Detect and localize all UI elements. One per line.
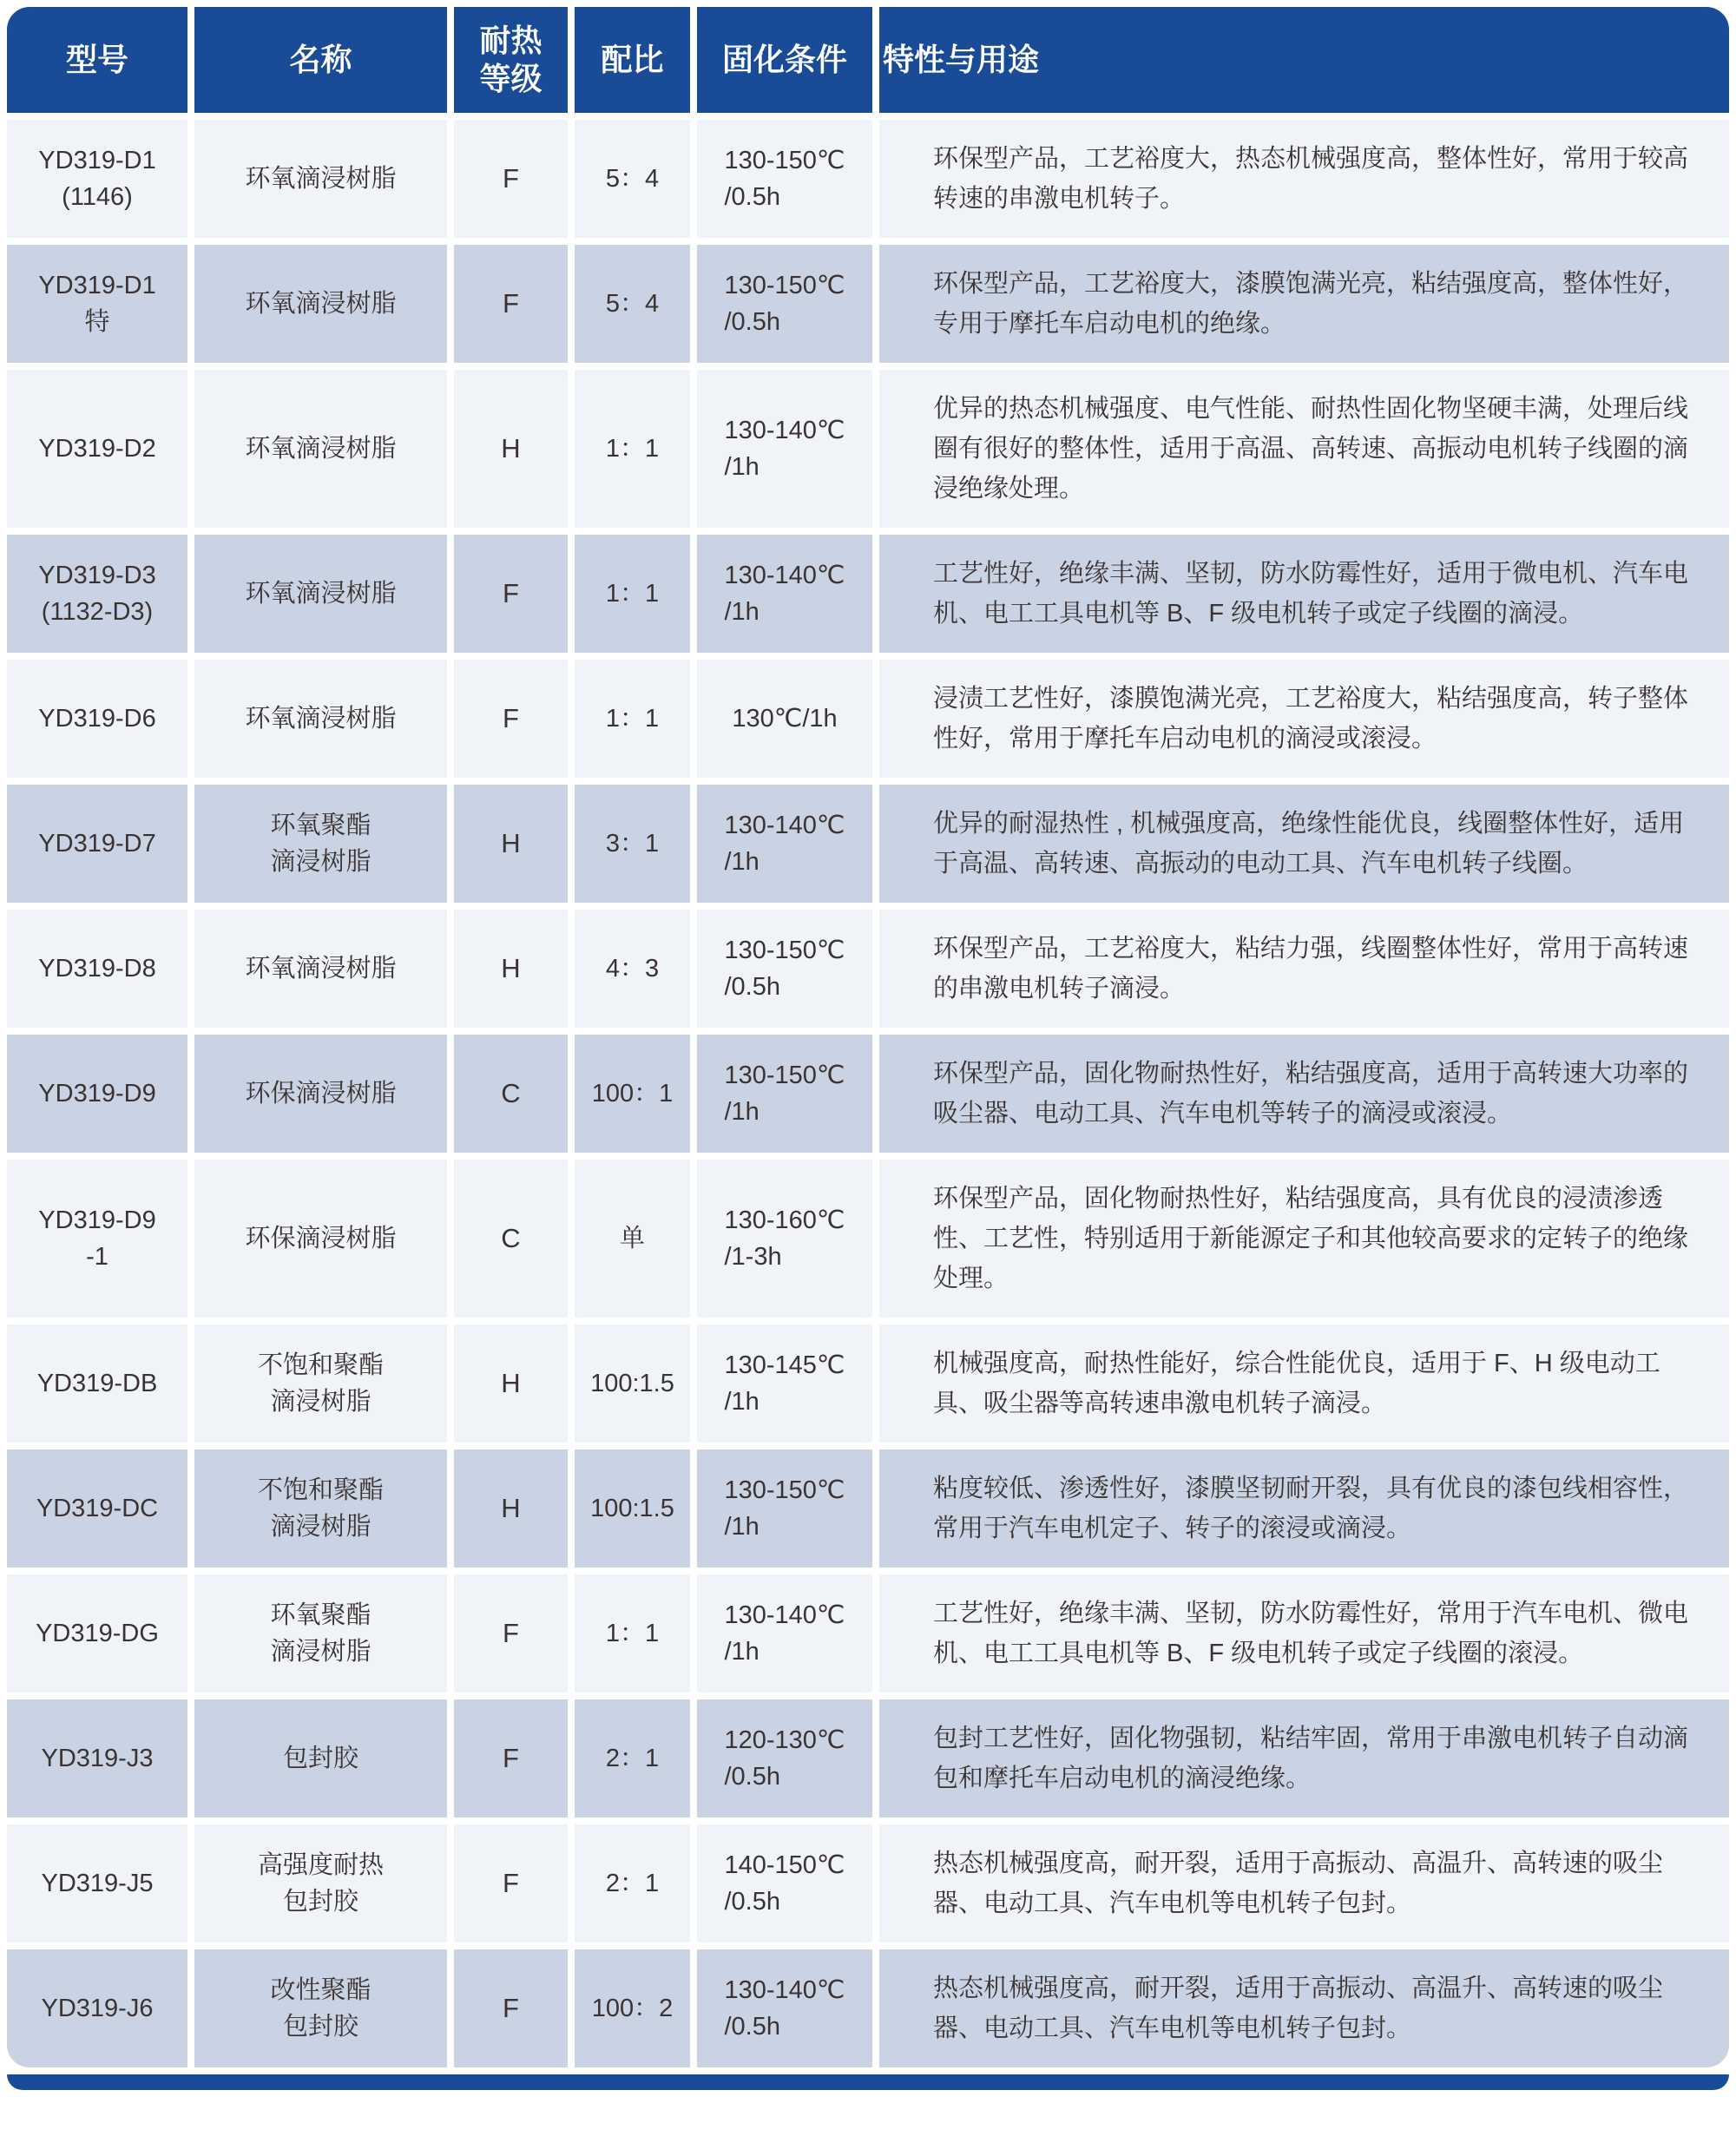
cell-name: 改性聚酯 包封胶 xyxy=(194,1949,447,2067)
table-row: YD319-J5高强度耐热 包封胶F2：1140-150℃ /0.5h热态机械强… xyxy=(7,1824,1729,1942)
cell-ratio: 单 xyxy=(575,1160,690,1318)
table-body: YD319-D1 (1146)环氧滴浸树脂F5：4130-150℃ /0.5h环… xyxy=(7,120,1729,2067)
cell-grade: F xyxy=(454,1574,568,1693)
cure-text: 130℃/1h xyxy=(732,700,837,737)
cell-model: YD319-J3 xyxy=(7,1699,187,1817)
cell-name: 环氧滴浸树脂 xyxy=(194,245,447,363)
cell-model: YD319-D3 (1132-D3) xyxy=(7,535,187,653)
cell-ratio: 1：1 xyxy=(575,1574,690,1693)
cell-grade: F xyxy=(454,1949,568,2067)
table-row: YD319-J3包封胶F2：1120-130℃ /0.5h包封工艺性好，固化物强… xyxy=(7,1699,1729,1817)
cell-name: 环氧滴浸树脂 xyxy=(194,660,447,778)
cure-text: 130-140℃ /1h xyxy=(725,412,845,485)
table-row: YD319-J6改性聚酯 包封胶F100：2130-140℃ /0.5h热态机械… xyxy=(7,1949,1729,2067)
cell-grade: F xyxy=(454,1699,568,1817)
cell-model: YD319-D1 特 xyxy=(7,245,187,363)
cell-model: YD319-DG xyxy=(7,1574,187,1693)
cell-desc: 环保型产品，工艺裕度大，漆膜饱满光亮，粘结强度高，整体性好，专用于摩托车启动电机… xyxy=(879,245,1729,363)
cell-model: YD319-D2 xyxy=(7,370,187,528)
col-header-ratio: 配比 xyxy=(575,7,690,113)
cell-model: YD319-D7 xyxy=(7,785,187,903)
table-header-row: 型号名称耐热 等级配比固化条件特性与用途 xyxy=(7,7,1729,113)
cell-cure: 130-150℃ /0.5h xyxy=(697,245,872,363)
cell-desc: 优异的热态机械强度、电气性能、耐热性固化物坚硬丰满，处理后线圈有很好的整体性，适… xyxy=(879,370,1729,528)
cell-model: YD319-DC xyxy=(7,1449,187,1568)
cell-name: 环氧滴浸树脂 xyxy=(194,535,447,653)
cure-text: 130-140℃ /0.5h xyxy=(725,1972,845,2045)
cell-grade: F xyxy=(454,1824,568,1942)
cell-desc: 工艺性好，绝缘丰满、坚韧，防水防霉性好，适用于微电机、汽车电机、电工工具电机等 … xyxy=(879,535,1729,653)
cure-text: 130-150℃ /1h xyxy=(725,1472,845,1545)
table-row: YD319-D7环氧聚酯 滴浸树脂H3：1130-140℃ /1h优异的耐湿热性… xyxy=(7,785,1729,903)
cell-desc: 热态机械强度高，耐开裂，适用于高振动、高温升、高转速的吸尘器、电动工具、汽车电机… xyxy=(879,1824,1729,1942)
cell-desc: 包封工艺性好，固化物强韧，粘结牢固，常用于串激电机转子自动滴包和摩托车启动电机的… xyxy=(879,1699,1729,1817)
cure-text: 130-140℃ /1h xyxy=(725,1597,845,1670)
cell-name: 包封胶 xyxy=(194,1699,447,1817)
cell-ratio: 4：3 xyxy=(575,910,690,1028)
product-spec-table: 型号名称耐热 等级配比固化条件特性与用途 YD319-D1 (1146)环氧滴浸… xyxy=(0,0,1736,2090)
cell-grade: H xyxy=(454,370,568,528)
cell-ratio: 100:1.5 xyxy=(575,1324,690,1443)
col-header-name: 名称 xyxy=(194,7,447,113)
cell-grade: F xyxy=(454,660,568,778)
cell-model: YD319-D9 -1 xyxy=(7,1160,187,1318)
cell-cure: 130-160℃ /1-3h xyxy=(697,1160,872,1318)
cell-ratio: 3：1 xyxy=(575,785,690,903)
cell-grade: F xyxy=(454,245,568,363)
cell-ratio: 1：1 xyxy=(575,660,690,778)
table-row: YD319-D2环氧滴浸树脂H1：1130-140℃ /1h优异的热态机械强度、… xyxy=(7,370,1729,528)
cure-text: 130-140℃ /1h xyxy=(725,557,845,630)
cell-cure: 130-150℃ /1h xyxy=(697,1035,872,1153)
cell-desc: 环保型产品，工艺裕度大，热态机械强度高，整体性好，常用于较高转速的串激电机转子。 xyxy=(879,120,1729,238)
cell-grade: H xyxy=(454,1449,568,1568)
table-row: YD319-D8环氧滴浸树脂H4：3130-150℃ /0.5h环保型产品，工艺… xyxy=(7,910,1729,1028)
cell-model: YD319-D8 xyxy=(7,910,187,1028)
cell-ratio: 2：1 xyxy=(575,1699,690,1817)
cell-ratio: 2：1 xyxy=(575,1824,690,1942)
cure-text: 120-130℃ /0.5h xyxy=(725,1722,845,1795)
col-header-grade: 耐热 等级 xyxy=(454,7,568,113)
cell-ratio: 100：1 xyxy=(575,1035,690,1153)
cell-name: 环氧滴浸树脂 xyxy=(194,120,447,238)
cell-model: YD319-DB xyxy=(7,1324,187,1443)
cell-ratio: 100:1.5 xyxy=(575,1449,690,1568)
table-row: YD319-DB不饱和聚酯 滴浸树脂H100:1.5130-145℃ /1h机械… xyxy=(7,1324,1729,1443)
table-bottom-accent-bar xyxy=(7,2074,1729,2090)
cell-desc: 环保型产品，固化物耐热性好，粘结强度高，适用于高转速大功率的吸尘器、电动工具、汽… xyxy=(879,1035,1729,1153)
table-row: YD319-DG环氧聚酯 滴浸树脂F1：1130-140℃ /1h工艺性好，绝缘… xyxy=(7,1574,1729,1693)
cell-cure: 130-150℃ /0.5h xyxy=(697,910,872,1028)
cure-text: 130-150℃ /0.5h xyxy=(725,932,845,1005)
cell-grade: H xyxy=(454,1324,568,1443)
cell-desc: 环保型产品，固化物耐热性好，粘结强度高，具有优良的浸渍渗透性、工艺性，特别适用于… xyxy=(879,1160,1729,1318)
cell-name: 高强度耐热 包封胶 xyxy=(194,1824,447,1942)
cell-cure: 130-150℃ /1h xyxy=(697,1449,872,1568)
cell-desc: 浸渍工艺性好，漆膜饱满光亮，工艺裕度大，粘结强度高，转子整体性好，常用于摩托车启… xyxy=(879,660,1729,778)
cure-text: 130-150℃ /1h xyxy=(725,1057,845,1130)
col-header-cure: 固化条件 xyxy=(697,7,872,113)
cell-cure: 130-140℃ /1h xyxy=(697,370,872,528)
cell-ratio: 100：2 xyxy=(575,1949,690,2067)
cure-text: 130-140℃ /1h xyxy=(725,807,845,880)
cell-grade: F xyxy=(454,535,568,653)
cell-cure: 130-140℃ /0.5h xyxy=(697,1949,872,2067)
cell-model: YD319-D6 xyxy=(7,660,187,778)
cell-desc: 机械强度高，耐热性能好，综合性能优良，适用于 F、H 级电动工具、吸尘器等高转速… xyxy=(879,1324,1729,1443)
cell-desc: 优异的耐湿热性 , 机械强度高，绝缘性能优良，线圈整体性好，适用于高温、高转速、… xyxy=(879,785,1729,903)
cell-cure: 130-140℃ /1h xyxy=(697,1574,872,1693)
cell-cure: 130-140℃ /1h xyxy=(697,785,872,903)
cell-ratio: 5：4 xyxy=(575,245,690,363)
cell-ratio: 1：1 xyxy=(575,370,690,528)
cell-cure: 130℃/1h xyxy=(697,660,872,778)
cell-cure: 120-130℃ /0.5h xyxy=(697,1699,872,1817)
cell-name: 环保滴浸树脂 xyxy=(194,1160,447,1318)
cure-text: 130-145℃ /1h xyxy=(725,1347,845,1420)
cell-desc: 粘度较低、渗透性好，漆膜坚韧耐开裂，具有优良的漆包线相容性，常用于汽车电机定子、… xyxy=(879,1449,1729,1568)
cell-grade: H xyxy=(454,910,568,1028)
cell-ratio: 5：4 xyxy=(575,120,690,238)
cell-model: YD319-J6 xyxy=(7,1949,187,2067)
table-row: YD319-D1 (1146)环氧滴浸树脂F5：4130-150℃ /0.5h环… xyxy=(7,120,1729,238)
cell-model: YD319-D1 (1146) xyxy=(7,120,187,238)
col-header-model: 型号 xyxy=(7,7,187,113)
cell-desc: 热态机械强度高，耐开裂，适用于高振动、高温升、高转速的吸尘器、电动工具、汽车电机… xyxy=(879,1949,1729,2067)
cell-name: 环氧滴浸树脂 xyxy=(194,910,447,1028)
cure-text: 130-150℃ /0.5h xyxy=(725,267,845,340)
table-row: YD319-D9 -1环保滴浸树脂C单130-160℃ /1-3h环保型产品，固… xyxy=(7,1160,1729,1318)
cell-grade: C xyxy=(454,1160,568,1318)
table-row: YD319-D6环氧滴浸树脂F1：1130℃/1h浸渍工艺性好，漆膜饱满光亮，工… xyxy=(7,660,1729,778)
cell-grade: C xyxy=(454,1035,568,1153)
table-row: YD319-D3 (1132-D3)环氧滴浸树脂F1：1130-140℃ /1h… xyxy=(7,535,1729,653)
cell-cure: 130-150℃ /0.5h xyxy=(697,120,872,238)
table-row: YD319-D9环保滴浸树脂C100：1130-150℃ /1h环保型产品，固化… xyxy=(7,1035,1729,1153)
cell-model: YD319-D9 xyxy=(7,1035,187,1153)
cure-text: 130-160℃ /1-3h xyxy=(725,1202,845,1275)
cure-text: 140-150℃ /0.5h xyxy=(725,1847,845,1920)
cell-name: 环氧滴浸树脂 xyxy=(194,370,447,528)
cell-cure: 130-140℃ /1h xyxy=(697,535,872,653)
cell-model: YD319-J5 xyxy=(7,1824,187,1942)
cell-cure: 140-150℃ /0.5h xyxy=(697,1824,872,1942)
cure-text: 130-150℃ /0.5h xyxy=(725,142,845,215)
table-row: YD319-D1 特环氧滴浸树脂F5：4130-150℃ /0.5h环保型产品，… xyxy=(7,245,1729,363)
cell-desc: 工艺性好，绝缘丰满、坚韧，防水防霉性好，常用于汽车电机、微电机、电工工具电机等 … xyxy=(879,1574,1729,1693)
cell-name: 不饱和聚酯 滴浸树脂 xyxy=(194,1324,447,1443)
cell-grade: H xyxy=(454,785,568,903)
cell-name: 环氧聚酯 滴浸树脂 xyxy=(194,1574,447,1693)
cell-ratio: 1：1 xyxy=(575,535,690,653)
cell-name: 环保滴浸树脂 xyxy=(194,1035,447,1153)
cell-name: 环氧聚酯 滴浸树脂 xyxy=(194,785,447,903)
cell-name: 不饱和聚酯 滴浸树脂 xyxy=(194,1449,447,1568)
table-row: YD319-DC不饱和聚酯 滴浸树脂H100:1.5130-150℃ /1h粘度… xyxy=(7,1449,1729,1568)
cell-desc: 环保型产品，工艺裕度大，粘结力强，线圈整体性好，常用于高转速的串激电机转子滴浸。 xyxy=(879,910,1729,1028)
cell-cure: 130-145℃ /1h xyxy=(697,1324,872,1443)
col-header-desc: 特性与用途 xyxy=(879,7,1729,113)
cell-grade: F xyxy=(454,120,568,238)
